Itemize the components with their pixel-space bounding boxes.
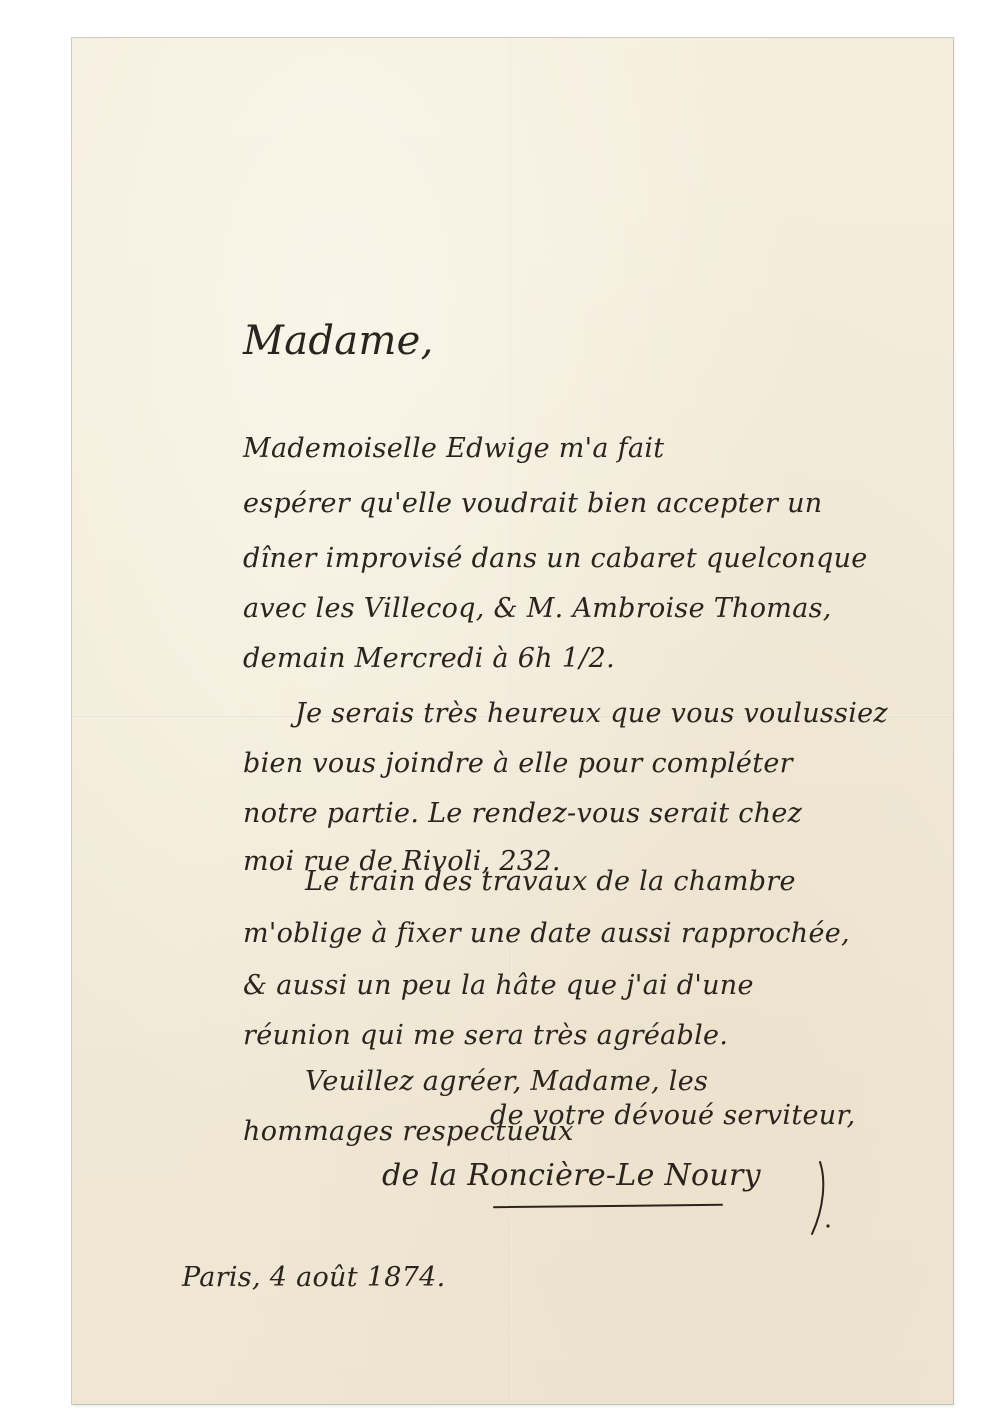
letter-line: Le train des travaux de la chambre — [305, 868, 796, 895]
letter-line: & aussi un peu la hâte que j'ai d'une — [243, 972, 754, 999]
letter-line: m'oblige à fixer une date aussi rapproch… — [243, 920, 850, 947]
letter-line: dîner improvisé dans un cabaret quelconq… — [243, 545, 868, 572]
signature: de la Roncière-Le Noury — [382, 1158, 761, 1193]
letter-line: demain Mercredi à 6h 1/2. — [243, 645, 615, 672]
place-and-date: Paris, 4 août 1874. — [182, 1262, 446, 1293]
letter-line: avec les Villecoq, & M. Ambroise Thomas, — [243, 595, 832, 622]
closing: de votre dévoué serviteur, — [490, 1102, 856, 1129]
signature-flourish-icon — [808, 1160, 832, 1240]
letter-line: Je serais très heureux que vous voulussi… — [295, 700, 888, 727]
salutation: Madame, — [243, 318, 434, 364]
letter-line: espérer qu'elle voudrait bien accepter u… — [243, 490, 823, 517]
letter-line: réunion qui me sera très agréable. — [243, 1022, 728, 1049]
letter-line: Mademoiselle Edwige m'a fait — [243, 435, 664, 462]
letter-line: notre partie. Le rendez-vous serait chez — [243, 800, 802, 827]
letter-line: Veuillez agréer, Madame, les — [305, 1068, 708, 1095]
letter-line: bien vous joindre à elle pour compléter — [243, 750, 793, 777]
